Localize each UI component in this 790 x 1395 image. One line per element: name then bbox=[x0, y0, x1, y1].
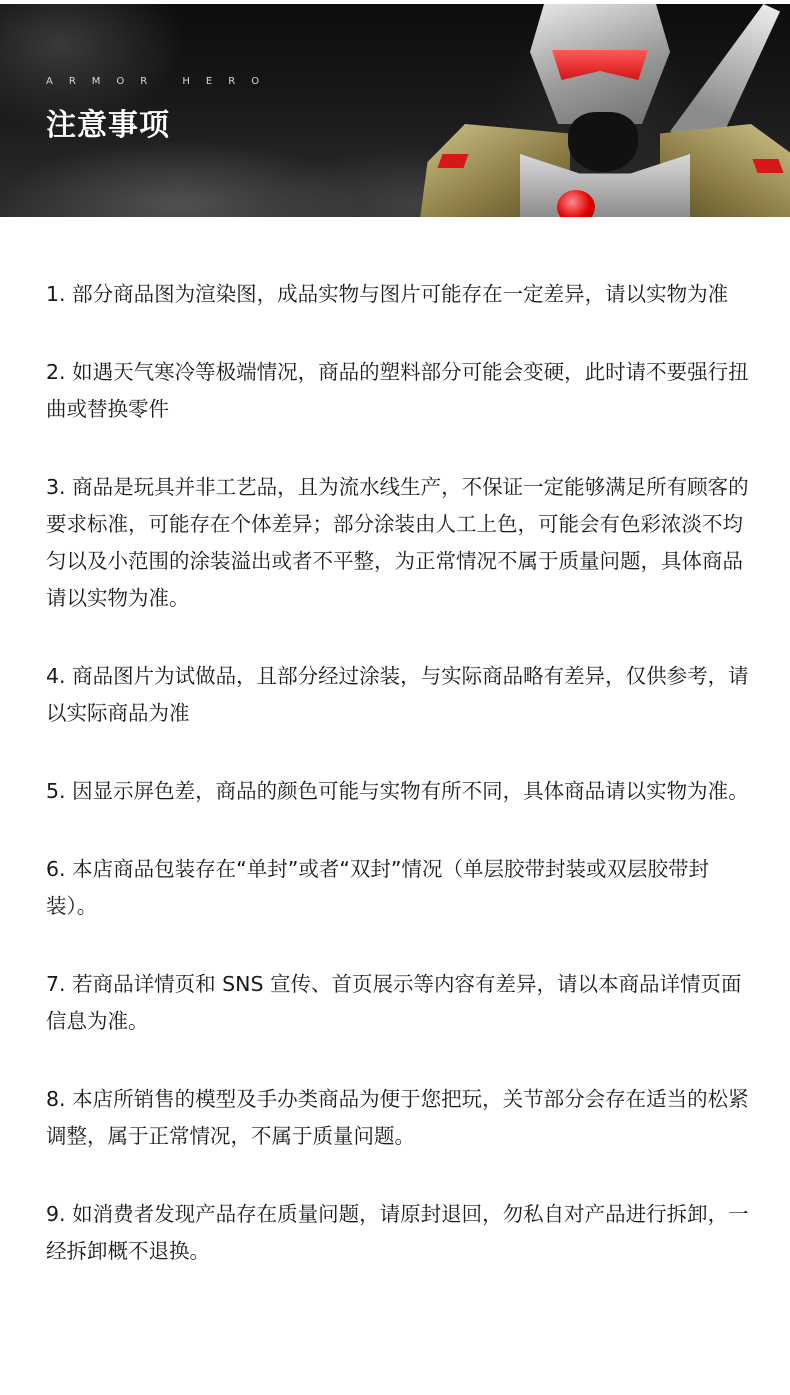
notice-item-3: 3. 商品是玩具并非工艺品，且为流水线生产，不保证一定能够满足所有顾客的要求标准… bbox=[46, 469, 750, 617]
figure-red-accent-right bbox=[752, 159, 783, 173]
notice-list: 1. 部分商品图为渲染图，成品实物与图片可能存在一定差异，请以实物为准 2. 如… bbox=[46, 276, 750, 1270]
notice-item-1: 1. 部分商品图为渲染图，成品实物与图片可能存在一定差异，请以实物为准 bbox=[46, 276, 750, 313]
notice-item-4: 4. 商品图片为试做品，且部分经过涂装，与实际商品略有差异，仅供参考，请以实际商… bbox=[46, 658, 750, 732]
notice-item-6: 6. 本店商品包装存在“单封”或者“双封”情况（单层胶带封装或双层胶带封装）。 bbox=[46, 851, 750, 925]
figure-mouth bbox=[568, 112, 638, 172]
notice-item-7: 7. 若商品详情页和 SNS 宣传、首页展示等内容有差异，请以本商品详情页面信息… bbox=[46, 966, 750, 1040]
banner-title: 注意事项 bbox=[46, 100, 170, 144]
notice-item-5: 5. 因显示屏色差，商品的颜色可能与实物有所不同，具体商品请以实物为准。 bbox=[46, 773, 750, 810]
figure-red-accent-left bbox=[437, 154, 468, 168]
armored-hero-figure-image bbox=[420, 4, 790, 217]
notice-item-9: 9. 如消费者发现产品存在质量问题，请原封退回，勿私自对产品进行拆卸，一经拆卸概… bbox=[46, 1196, 750, 1270]
figure-chest-gem bbox=[557, 190, 595, 217]
notice-item-2: 2. 如遇天气寒冷等极端情况，商品的塑料部分可能会变硬，此时请不要强行扭曲或替换… bbox=[46, 354, 750, 428]
header-banner: ARMOR HERO 注意事项 bbox=[0, 4, 790, 217]
notice-item-8: 8. 本店所销售的模型及手办类商品为便于您把玩，关节部分会存在适当的松紧调整，属… bbox=[46, 1081, 750, 1155]
banner-subtitle: ARMOR HERO bbox=[46, 76, 275, 87]
